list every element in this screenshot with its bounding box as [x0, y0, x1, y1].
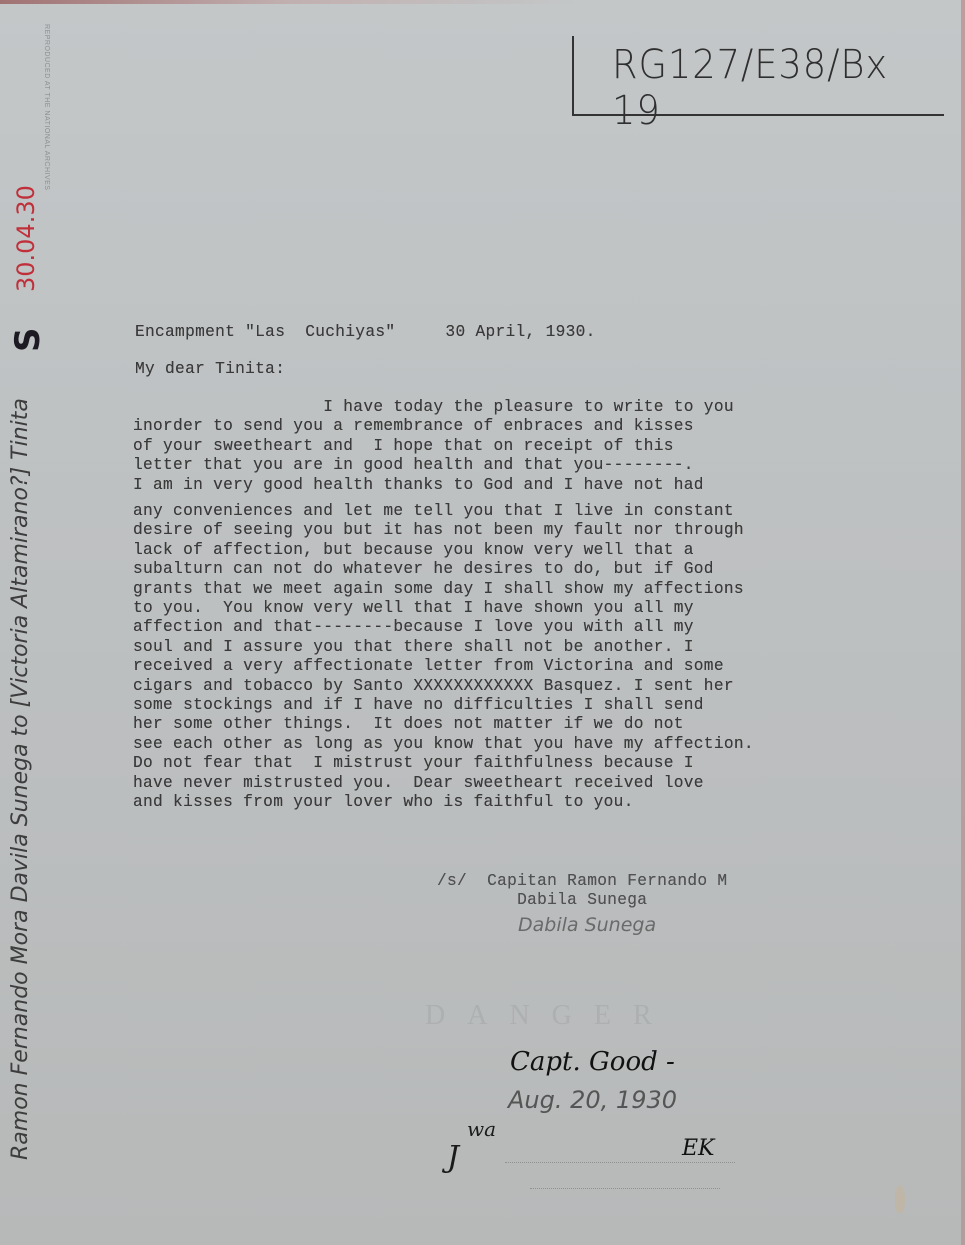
scanned-letter-page: RG127/E38/Bx 19 REPRODUCED AT THE NATION…: [0, 0, 965, 1245]
typed-signature: /s/ Capitan Ramon Fernando M Dabila Sune…: [437, 872, 727, 911]
letter-body-part-2: any conveniences and let me tell you tha…: [133, 502, 754, 813]
paper-top-edge: [0, 0, 965, 4]
initials-right: EK: [682, 1136, 715, 1161]
handwritten-note: Capt. Good -: [510, 1047, 675, 1077]
archive-reference: RG127/E38/Bx 19: [612, 42, 937, 134]
letter-salutation: My dear Tinita:: [135, 360, 285, 379]
faded-typed-line: [505, 1162, 735, 1163]
handwritten-date: Aug. 20, 1930: [508, 1086, 677, 1114]
margin-date-code: 30.04.30: [12, 185, 40, 292]
letter-body-part-1: I have today the pleasure to write to yo…: [133, 398, 734, 495]
paper-stain: [895, 1185, 905, 1213]
handwritten-signature: Dabila Sunega: [518, 914, 656, 936]
initials-left: J: [447, 1140, 459, 1175]
classification-mark: S: [8, 328, 48, 353]
letter-heading: Encampment "Las Cuchiyas" 30 April, 1930…: [135, 323, 596, 342]
initials-upper-left: wa: [467, 1117, 496, 1141]
paper-right-edge: [961, 0, 965, 1245]
faded-typed-line: [530, 1188, 720, 1189]
margin-description: Ramon Fernando Mora Davila Sunega to [Vi…: [8, 398, 33, 1160]
faded-stamp: DANGER: [425, 1000, 674, 1032]
archives-watermark: REPRODUCED AT THE NATIONAL ARCHIVES: [43, 24, 50, 190]
